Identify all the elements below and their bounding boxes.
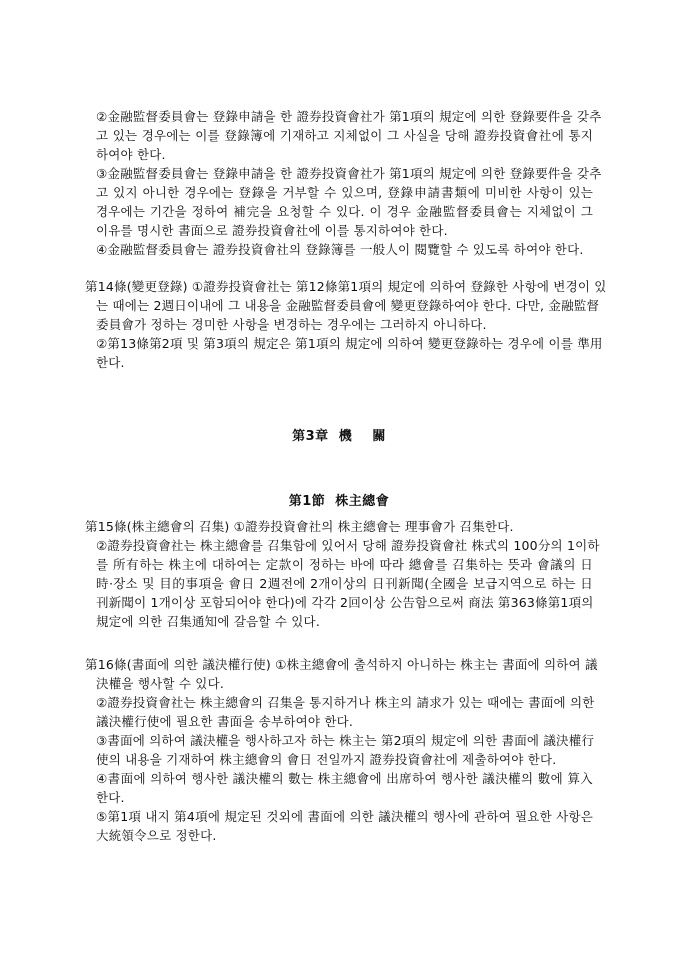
text-line: ②金融監督委員會는 登錄申請을 한 證券投資會社가 第1項의 規定에 의한 登錄… (85, 107, 593, 126)
article-16-title-line: 第16條(書面에 의한 議決權行使) ①株主總會에 출석하지 아니하는 株主는 … (85, 655, 593, 674)
chapter-heading: 第3章 機 關 (85, 427, 593, 446)
text-line: 고 있는 경우에는 이를 登錄簿에 기재하고 지체없이 그 사실을 당해 證券投… (85, 126, 593, 145)
text-line: 를 所有하는 株主에 대하여는 定款이 정하는 바에 따라 總會를 召集하는 뜻… (85, 555, 593, 574)
text-line: 大統領令으로 정한다. (85, 826, 593, 845)
text-line: 는 때에는 2週日이내에 그 내용을 金融監督委員會에 變更登錄하여야 한다. … (85, 296, 593, 315)
section-heading: 第1節 株主總會 (85, 492, 593, 511)
article-14-title-line: 第14條(變更登錄) ①證券投資會社는 第12條第1項의 規定에 의하여 登錄한… (85, 277, 593, 296)
text-line: ②證券投資會社는 株主總會를 召集함에 있어서 당해 證券投資會社 株式의 10… (85, 536, 593, 555)
article-14-block: 第14條(變更登錄) ①證券投資會社는 第12條第1項의 規定에 의하여 登錄한… (85, 277, 593, 372)
text-line: 時·장소 및 目的事項을 會日 2週전에 2개이상의 日刊新聞(全國을 보급지역… (85, 574, 593, 593)
article-15-title-line: 第15條(株主總會의 召集) ①證券投資會社의 株主總會는 理事會가 召集한다. (85, 517, 593, 536)
text-line: 刊新聞이 1개이상 포함되어야 한다)에 각각 2回이상 公告함으로써 商法 第… (85, 593, 593, 612)
text-line: 이유를 명시한 書面으로 證券投資會社에 이를 통지하여야 한다. (85, 221, 593, 240)
article-16-block: 第16條(書面에 의한 議決權行使) ①株主總會에 출석하지 아니하는 株主는 … (85, 655, 593, 845)
document-page: ②金融監督委員會는 登錄申請을 한 證券投資會社가 第1項의 規定에 의한 登錄… (0, 0, 680, 962)
text-line: ⑤第1項 내지 第4項에 規定된 것외에 書面에 의한 議決權의 행사에 관하여… (85, 807, 593, 826)
article-13-paragraphs: ②金融監督委員會는 登錄申請을 한 證券投資會社가 第1項의 規定에 의한 登錄… (85, 107, 593, 259)
text-line: 決權을 행사할 수 있다. (85, 674, 593, 693)
text-line: 使의 내용을 기재하여 株主總會의 會日 전일까지 證券投資會社에 제출하여야 … (85, 750, 593, 769)
text-line: 한다. (85, 353, 593, 372)
text-line: 하여야 한다. (85, 145, 593, 164)
text-line: 고 있지 아니한 경우에는 登錄을 거부할 수 있으며, 登錄申請書類에 미비한… (85, 183, 593, 202)
text-line: 한다. (85, 788, 593, 807)
text-line: ②第13條第2項 및 第3項의 規定은 第1項의 規定에 의하여 變更登錄하는 … (85, 334, 593, 353)
text-line: ②證券投資會社는 株主總會의 召集을 통지하거나 株主의 請求가 있는 때에는 … (85, 693, 593, 712)
text-line: ④金融監督委員會는 證券投資會社의 登錄簿를 一般人이 閱覽할 수 있도록 하여… (85, 240, 593, 259)
text-line: 規定에 의한 召集通知에 갈음할 수 있다. (85, 612, 593, 631)
text-line: 議決權行使에 필요한 書面을 송부하여야 한다. (85, 712, 593, 731)
text-line: 委員會가 정하는 경미한 사항을 변경하는 경우에는 그러하지 아니하다. (85, 315, 593, 334)
text-line: ③金融監督委員會는 登錄申請을 한 證券投資會社가 第1項의 規定에 의한 登錄… (85, 164, 593, 183)
text-line: ③書面에 의하여 議決權을 행사하고자 하는 株主는 第2項의 規定에 의한 書… (85, 731, 593, 750)
text-line: ④書面에 의하여 행사한 議決權의 數는 株主總會에 出席하여 행사한 議決權의… (85, 769, 593, 788)
article-15-block: 第15條(株主總會의 召集) ①證券投資會社의 株主總會는 理事會가 召集한다.… (85, 517, 593, 631)
text-line: 경우에는 기간을 정하여 補完을 요청할 수 있다. 이 경우 金融監督委員會는… (85, 202, 593, 221)
